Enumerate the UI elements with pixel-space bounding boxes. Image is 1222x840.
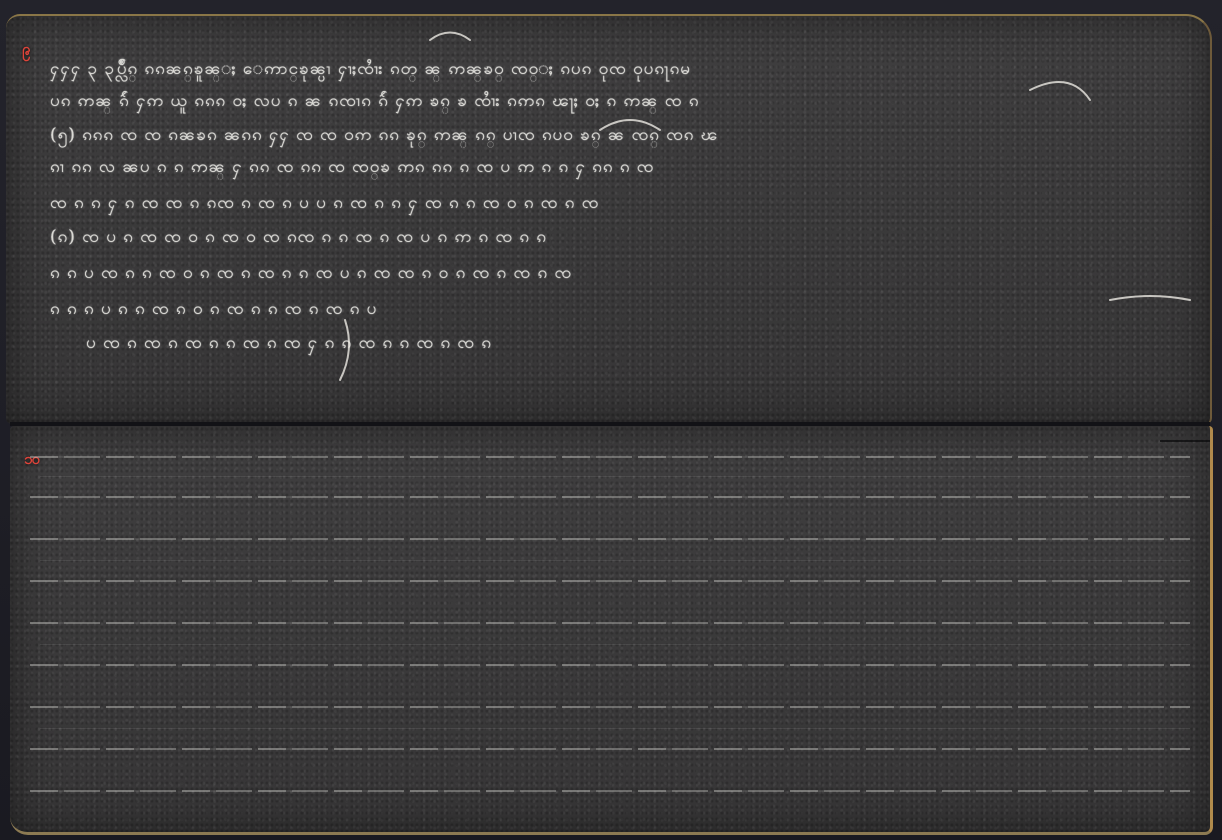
ruled-line (30, 748, 1190, 750)
ruled-line (30, 538, 1190, 540)
ruled-line (30, 456, 1190, 458)
lower-folio-number: ၁၀ (24, 450, 39, 472)
faint-line (40, 560, 1190, 561)
ruled-line (30, 790, 1190, 792)
script-flourishes (0, 0, 1222, 420)
faint-line (40, 644, 1190, 645)
edge-tear (1160, 440, 1210, 442)
ruled-line (30, 580, 1190, 582)
lower-page (10, 426, 1213, 835)
ruled-line (30, 706, 1190, 708)
ruled-line (30, 664, 1190, 666)
ruled-line (30, 622, 1190, 624)
ruled-line (30, 496, 1190, 498)
faint-line (40, 728, 1190, 729)
faint-line (40, 476, 1190, 477)
